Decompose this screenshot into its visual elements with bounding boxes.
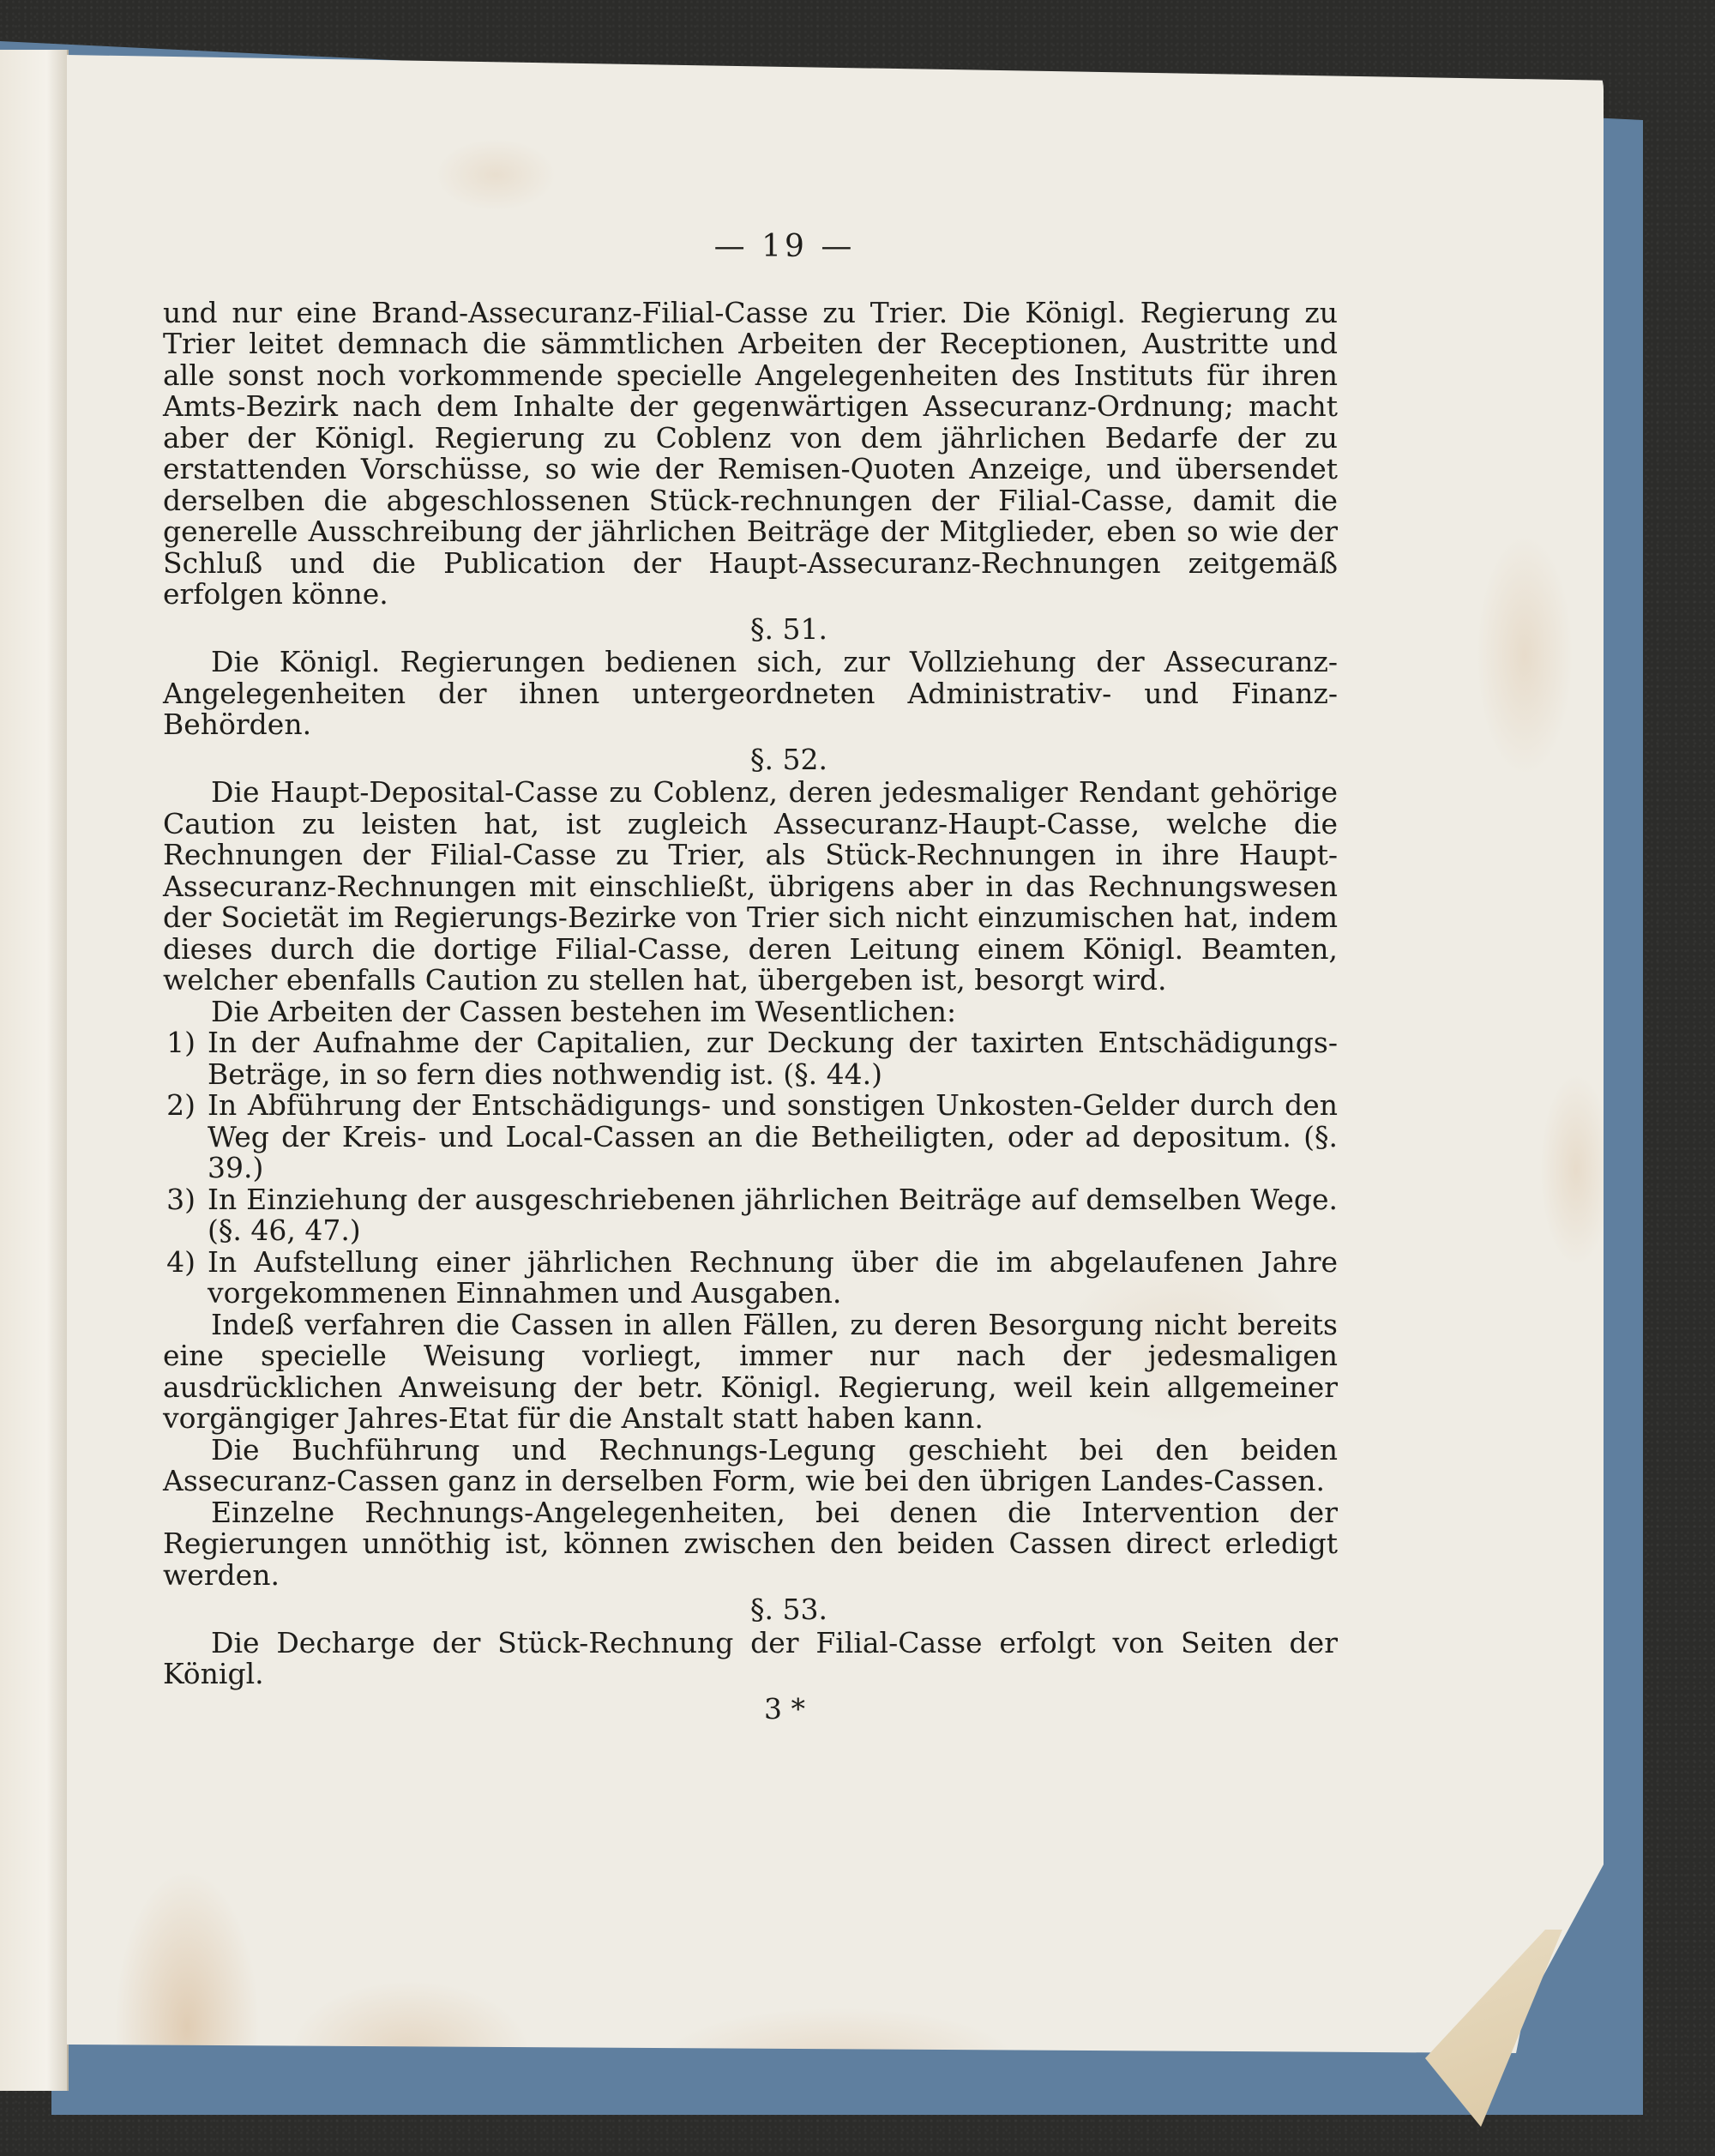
list-number: 2) — [147, 1090, 208, 1184]
section-52-paragraph: Indeß verfahren die Cassen in allen Fäll… — [163, 1310, 1338, 1435]
facing-page-edge — [0, 50, 69, 2091]
list-text: In der Aufnahme der Capitalien, zur Deck… — [208, 1027, 1338, 1090]
section-heading-51: §. 51. — [163, 614, 1338, 646]
section-51-paragraph: Die Königl. Regierungen bedienen sich, z… — [163, 647, 1338, 741]
section-52-paragraph: Die Haupt-Deposital-Casse zu Coblenz, de… — [163, 777, 1338, 997]
page-text: — 19 — und nur eine Brand-Assecuranz-Fil… — [163, 232, 1338, 1725]
intro-paragraph: und nur eine Brand-Assecuranz-Filial-Cas… — [163, 298, 1338, 611]
section-heading-53: §. 53. — [163, 1594, 1338, 1626]
section-52-list-intro: Die Arbeiten der Cassen bestehen im Wese… — [163, 997, 1338, 1028]
section-52-paragraph: Die Buchführung und Rechnungs-Legung ges… — [163, 1435, 1338, 1497]
list-item: 2) In Abführung der Entschädigungs- und … — [163, 1090, 1338, 1184]
list-text: In Abführung der Entschädigungs- und son… — [208, 1090, 1338, 1184]
section-52-paragraph: Einzelne Rechnungs-Angelegenheiten, bei … — [163, 1497, 1338, 1592]
section-53-paragraph: Die Decharge der Stück-Rechnung der Fili… — [163, 1628, 1338, 1690]
list-item: 3) In Einziehung der ausgeschriebenen jä… — [163, 1184, 1338, 1247]
list-item: 4) In Aufstellung einer jährlichen Rechn… — [163, 1247, 1338, 1310]
list-number: 3) — [147, 1184, 208, 1247]
list-text: In Aufstellung einer jährlichen Rechnung… — [208, 1247, 1338, 1310]
section-heading-52: §. 52. — [163, 744, 1338, 776]
list-text: In Einziehung der ausgeschriebenen jährl… — [208, 1184, 1338, 1247]
signature-mark: 3 * — [163, 1694, 1338, 1725]
list-number: 4) — [147, 1247, 208, 1310]
page-number: — 19 — — [163, 232, 1338, 263]
list-item: 1) In der Aufnahme der Capitalien, zur D… — [163, 1027, 1338, 1090]
list-number: 1) — [147, 1027, 208, 1090]
